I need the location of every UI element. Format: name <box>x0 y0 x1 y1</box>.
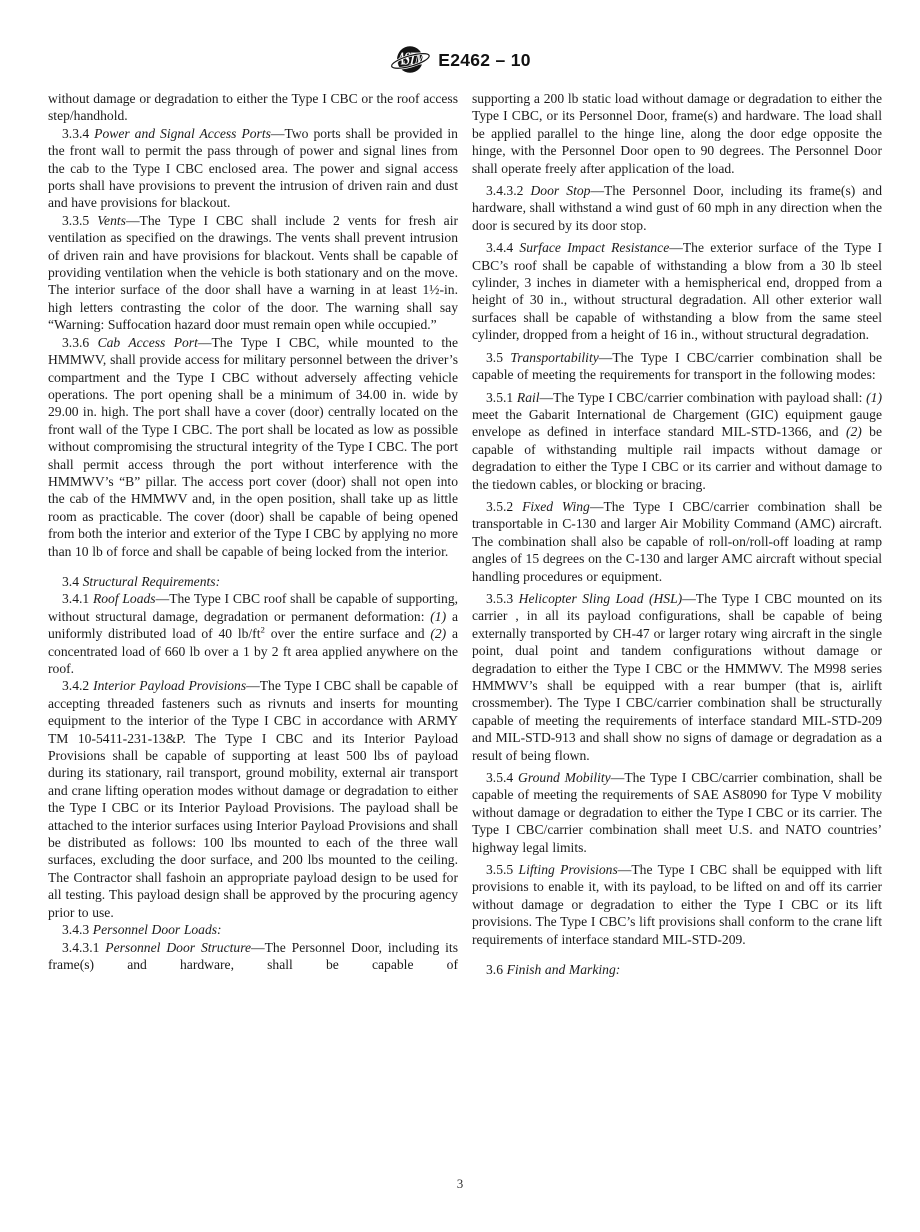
text-segment: Rail <box>517 390 540 405</box>
text-segment: (2) <box>846 424 862 439</box>
text-segment: Door Stop <box>530 183 590 198</box>
document-page: ASTM E2462 – 10 without damage or degrad… <box>0 0 920 1232</box>
two-column-body: without damage or degradation to either … <box>48 90 882 979</box>
text-segment: 3.6 <box>486 962 507 977</box>
text-segment: Vents <box>97 213 126 228</box>
text-segment: 3.5.4 <box>486 770 518 785</box>
para-3.4.3.2: 3.4.3.2 Door Stop—The Personnel Door, in… <box>472 182 882 234</box>
text-segment: Finish and Marking: <box>507 962 621 977</box>
text-segment: 3.5.3 <box>486 591 519 606</box>
para-3.5.2: 3.5.2 Fixed Wing—The Type I CBC/carrier … <box>472 498 882 585</box>
text-segment: Ground Mobility <box>518 770 611 785</box>
page-footer: 3 <box>0 1176 920 1192</box>
para-3.5: 3.5 Transportability—The Type I CBC/carr… <box>472 349 882 384</box>
page-number: 3 <box>457 1176 464 1191</box>
text-segment: 3.3.5 <box>62 213 97 228</box>
text-segment: Surface Impact Resistance <box>519 240 669 255</box>
text-segment: 3.5.2 <box>486 499 522 514</box>
para-3.4.4: 3.4.4 Surface Impact Resistance—The exte… <box>472 239 882 343</box>
para-3.4.3.1: 3.4.3.1 Personnel Door Structure—The Per… <box>48 939 458 974</box>
text-segment: 3.5.1 <box>486 390 517 405</box>
text-segment: 3.3.6 <box>62 335 98 350</box>
text-segment: Cab Access Port <box>98 335 198 350</box>
text-segment: Roof Loads <box>93 591 156 606</box>
text-segment: Fixed Wing <box>522 499 590 514</box>
text-segment: 3.4 <box>62 574 83 589</box>
para-3.4.3: 3.4.3 Personnel Door Loads: <box>48 921 458 938</box>
page-header: ASTM E2462 – 10 <box>0 44 920 76</box>
text-segment: Personnel Door Structure <box>105 940 251 955</box>
text-segment: supporting a 200 lb static load without … <box>472 91 882 176</box>
para-3.3.3-continued: without damage or degradation to either … <box>48 90 458 125</box>
para-3.3.6: 3.3.6 Cab Access Port—The Type I CBC, wh… <box>48 334 458 560</box>
text-segment: over the entire surface and <box>265 626 430 641</box>
para-3.4.1: 3.4.1 Roof Loads—The Type I CBC roof sha… <box>48 590 458 677</box>
text-segment: Personnel Door Loads: <box>93 922 222 937</box>
para-3.5.1: 3.5.1 Rail—The Type I CBC/carrier combin… <box>472 389 882 493</box>
para-3.4.2: 3.4.2 Interior Payload Provisions—The Ty… <box>48 677 458 921</box>
text-segment: 3.4.2 <box>62 678 93 693</box>
text-segment: —The Type I CBC, while mounted to the HM… <box>48 335 458 559</box>
text-segment: —The exterior surface of the Type I CBC’… <box>472 240 882 342</box>
doc-designation: E2462 – 10 <box>438 50 531 71</box>
text-segment: without damage or degradation to either … <box>48 91 458 123</box>
para-3.4.3.1-continued: supporting a 200 lb static load without … <box>472 90 882 177</box>
para-3.5.4: 3.5.4 Ground Mobility—The Type I CBC/car… <box>472 769 882 856</box>
text-segment: —The Type I CBC mounted on its carrier ,… <box>472 591 882 763</box>
text-segment: —The Type I CBC/carrier combination with… <box>540 390 867 405</box>
text-segment: Power and Signal Access Ports <box>94 126 271 141</box>
text-segment: 3.4.3.2 <box>486 183 530 198</box>
text-segment: —The Type I CBC shall be capable of acce… <box>48 678 458 919</box>
text-segment: Structural Requirements: <box>83 574 221 589</box>
para-3.4: 3.4 Structural Requirements: <box>48 573 458 590</box>
text-segment: Helicopter Sling Load (HSL) <box>519 591 683 606</box>
para-3.5.3: 3.5.3 Helicopter Sling Load (HSL)—The Ty… <box>472 590 882 764</box>
text-segment: 3.4.3 <box>62 922 93 937</box>
column-right: supporting a 200 lb static load without … <box>472 90 882 979</box>
text-segment: 3.3.4 <box>62 126 94 141</box>
text-segment: Interior Payload Provisions <box>93 678 246 693</box>
text-segment: meet the Gabarit International de Charge… <box>472 407 882 439</box>
text-segment: 3.4.4 <box>486 240 519 255</box>
text-segment: Transportability <box>510 350 598 365</box>
text-segment: 3.4.3.1 <box>62 940 105 955</box>
astm-logo: ASTM <box>389 44 431 76</box>
column-left: without damage or degradation to either … <box>48 90 458 979</box>
text-segment: 3.4.1 <box>62 591 93 606</box>
text-segment: 3.5 <box>486 350 510 365</box>
text-segment: (1) <box>430 609 446 624</box>
para-3.6: 3.6 Finish and Marking: <box>472 961 882 978</box>
text-segment: (2) <box>430 626 446 641</box>
para-3.3.5: 3.3.5 Vents—The Type I CBC shall include… <box>48 212 458 334</box>
text-segment: (1) <box>866 390 882 405</box>
para-3.5.5: 3.5.5 Lifting Provisions—The Type I CBC … <box>472 861 882 948</box>
para-3.3.4: 3.3.4 Power and Signal Access Ports—Two … <box>48 125 458 212</box>
text-segment: —The Type I CBC shall include 2 vents fo… <box>48 213 458 332</box>
text-segment: 3.5.5 <box>486 862 519 877</box>
text-segment: Lifting Provisions <box>519 862 618 877</box>
